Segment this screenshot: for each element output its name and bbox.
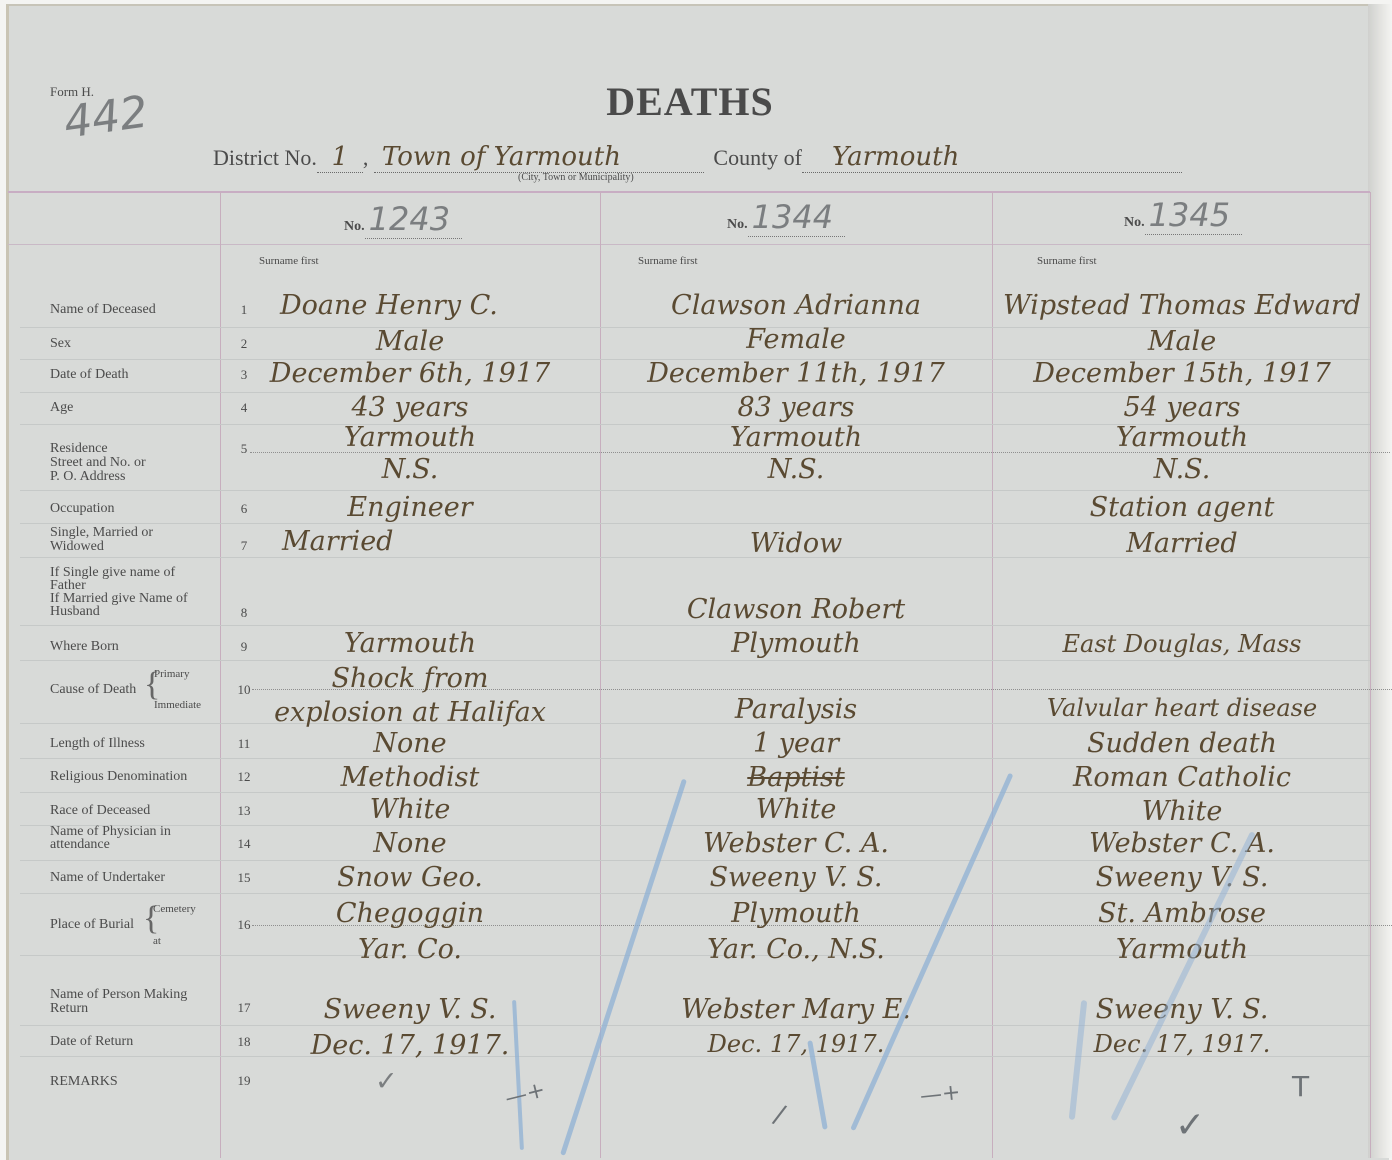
surname-hint: Surname first	[259, 255, 319, 267]
label-date-of-return: Date of Return	[50, 1035, 133, 1049]
surname-hint: Surname first	[1037, 255, 1097, 267]
registration-number: 1345	[1145, 196, 1242, 235]
registration-number: 1344	[748, 198, 845, 237]
check-mark-icon: ✓	[375, 1066, 398, 1097]
entry-length-of-illness: 1 year	[602, 728, 990, 759]
entry-undertaker: Sweeny V. S.	[994, 862, 1370, 893]
rule	[20, 625, 1370, 626]
entry-name: Wipstead Thomas Edward	[994, 290, 1370, 321]
label-residence: Residence Street and No. or P. O. Addres…	[50, 442, 146, 484]
entry-where-born: Yarmouth	[222, 628, 598, 659]
entry-residence: Yarmouth N.S.	[602, 422, 990, 486]
sublabel-immediate: Immediate	[154, 699, 201, 711]
entry-religion: Baptist	[602, 762, 990, 793]
entry-occupation: Station agent	[994, 492, 1370, 523]
entry-undertaker: Snow Geo.	[222, 862, 598, 893]
registration-number: 1243	[365, 200, 462, 239]
surname-hint: Surname first	[638, 255, 698, 267]
label-date-of-death: Date of Death	[50, 368, 129, 382]
rule	[20, 893, 1370, 894]
entry-sex: Male	[994, 326, 1370, 357]
entry-sex: Female	[602, 324, 990, 355]
label-name-of-deceased: Name of Deceased	[50, 303, 156, 317]
entry-cause-of-death: Paralysis	[602, 694, 990, 725]
sublabel-cemetery: Cemetery	[153, 903, 196, 915]
municipality-value: Town of Yarmouth	[374, 142, 621, 172]
register-page	[6, 4, 1389, 1160]
entry-person-making-return: Sweeny V. S.	[222, 994, 598, 1025]
entry-length-of-illness: None	[222, 728, 598, 759]
entry-race: White	[994, 796, 1370, 827]
entry-marital-status: Married	[994, 528, 1370, 559]
label-cause-of-death: Cause of Death	[50, 683, 136, 697]
entry-occupation: Engineer	[222, 492, 598, 523]
label-age: Age	[50, 401, 73, 415]
entry-age: 83 years	[602, 392, 990, 423]
label-place-of-burial: Place of Burial	[50, 918, 134, 932]
entry-person-making-return: Sweeny V. S.	[994, 994, 1370, 1025]
label-occupation: Occupation	[50, 502, 115, 516]
entry-marital-status: Married	[222, 526, 598, 557]
rule	[20, 660, 1370, 661]
label-religious-denomination: Religious Denomination	[50, 770, 187, 784]
entry-where-born: East Douglas, Mass	[994, 630, 1370, 658]
entry-name: Clawson Adrianna	[602, 290, 990, 321]
label-undertaker: Name of Undertaker	[50, 871, 165, 885]
entry-date-of-return: Dec. 17, 1917.	[994, 1030, 1370, 1058]
label-father-or-husband: If Single give name of Father If Married…	[50, 566, 188, 618]
district-label: District No.	[213, 145, 317, 170]
entry-cause-of-death: Valvular heart disease	[994, 694, 1370, 722]
pencil-t-mark-icon: T	[1292, 1070, 1309, 1103]
label-physician: Name of Physician in attendance	[50, 825, 171, 851]
entry-person-making-return: Webster Mary E.	[602, 994, 990, 1025]
sublabel-at: at	[153, 935, 161, 947]
rule	[20, 1025, 1370, 1026]
entry-sex: Male	[222, 326, 598, 357]
column-divider-1	[220, 192, 221, 1158]
no-label: No.	[727, 217, 748, 232]
label-remarks: REMARKS	[50, 1075, 118, 1089]
table-top-rule	[8, 191, 1370, 193]
label-marital-status: Single, Married or Widowed	[50, 526, 153, 554]
municipality-field: Town of Yarmouth	[374, 142, 704, 173]
row-number: 19	[234, 1073, 254, 1089]
municipality-caption: (City, Town or Municipality)	[518, 172, 634, 183]
no-label: No.	[344, 219, 365, 234]
entry-date-of-return: Dec. 17, 1917.	[222, 1030, 598, 1061]
entry-place-of-burial: Chegoggin Yar. Co.	[222, 896, 598, 968]
district-number-field: 1	[317, 142, 363, 173]
label-where-born: Where Born	[50, 640, 119, 654]
entry-undertaker: Sweeny V. S.	[602, 862, 990, 893]
entry-name: Doane Henry C.	[222, 290, 598, 321]
entry-age: 54 years	[994, 392, 1370, 423]
entry-race: White	[602, 794, 990, 825]
page-edge	[1368, 4, 1392, 1158]
entry-physician: Webster C. A.	[994, 828, 1370, 859]
column-divider-2	[600, 192, 601, 1158]
entry-age: 43 years	[222, 392, 598, 423]
sublabel-primary: Primary	[154, 668, 189, 680]
column-divider-4	[1370, 192, 1371, 1158]
no-label: No.	[1124, 215, 1145, 230]
entry-date-of-return: Dec. 17, 1917.	[602, 1030, 990, 1058]
label-length-of-illness: Length of Illness	[50, 737, 145, 751]
entry-cause-of-death: Shock from explosion at Halifax	[222, 662, 598, 730]
entry-where-born: Plymouth	[602, 628, 990, 659]
county-field: Yarmouth	[802, 142, 1182, 173]
pencil-tick-mark-icon: —+	[919, 1080, 962, 1109]
rule	[20, 523, 1370, 524]
rule	[20, 490, 1370, 491]
column-1-number: No.1243	[344, 200, 462, 238]
entry-residence: Yarmouth N.S.	[994, 422, 1370, 486]
label-person-making-return: Name of Person Making Return	[50, 988, 187, 1016]
row-number: 8	[234, 605, 254, 621]
entry-religion: Roman Catholic	[994, 762, 1370, 793]
district-line: District No.1, Town of Yarmouth County o…	[213, 142, 1182, 173]
entry-length-of-illness: Sudden death	[994, 728, 1370, 759]
entry-physician: None	[222, 828, 598, 859]
entry-residence: Yarmouth N.S.	[222, 422, 598, 486]
entry-marital-status: Widow	[602, 528, 990, 559]
label-race: Race of Deceased	[50, 804, 150, 818]
column-divider-3	[992, 192, 993, 1158]
entry-father-or-husband: Clawson Robert	[602, 594, 990, 625]
district-number: 1	[332, 142, 349, 172]
entry-date-of-death: December 6th, 1917	[222, 358, 598, 389]
pencil-check-mark-icon: ✓	[1175, 1105, 1205, 1146]
page-title: DEATHS	[0, 78, 1380, 125]
entry-race: White	[222, 794, 598, 825]
entry-date-of-death: December 15th, 1917	[994, 358, 1370, 389]
county-value: Yarmouth	[802, 142, 959, 172]
entry-place-of-burial: St. Ambrose Yarmouth	[994, 896, 1370, 968]
label-sex: Sex	[50, 337, 71, 351]
entry-date-of-death: December 11th, 1917	[602, 358, 990, 389]
county-label: County of	[713, 145, 802, 170]
entry-religion: Methodist	[222, 762, 598, 793]
column-2-number: No.1344	[727, 198, 845, 236]
column-3-number: No.1345	[1124, 196, 1242, 234]
rule	[20, 860, 1370, 861]
header-rule	[8, 244, 1370, 245]
